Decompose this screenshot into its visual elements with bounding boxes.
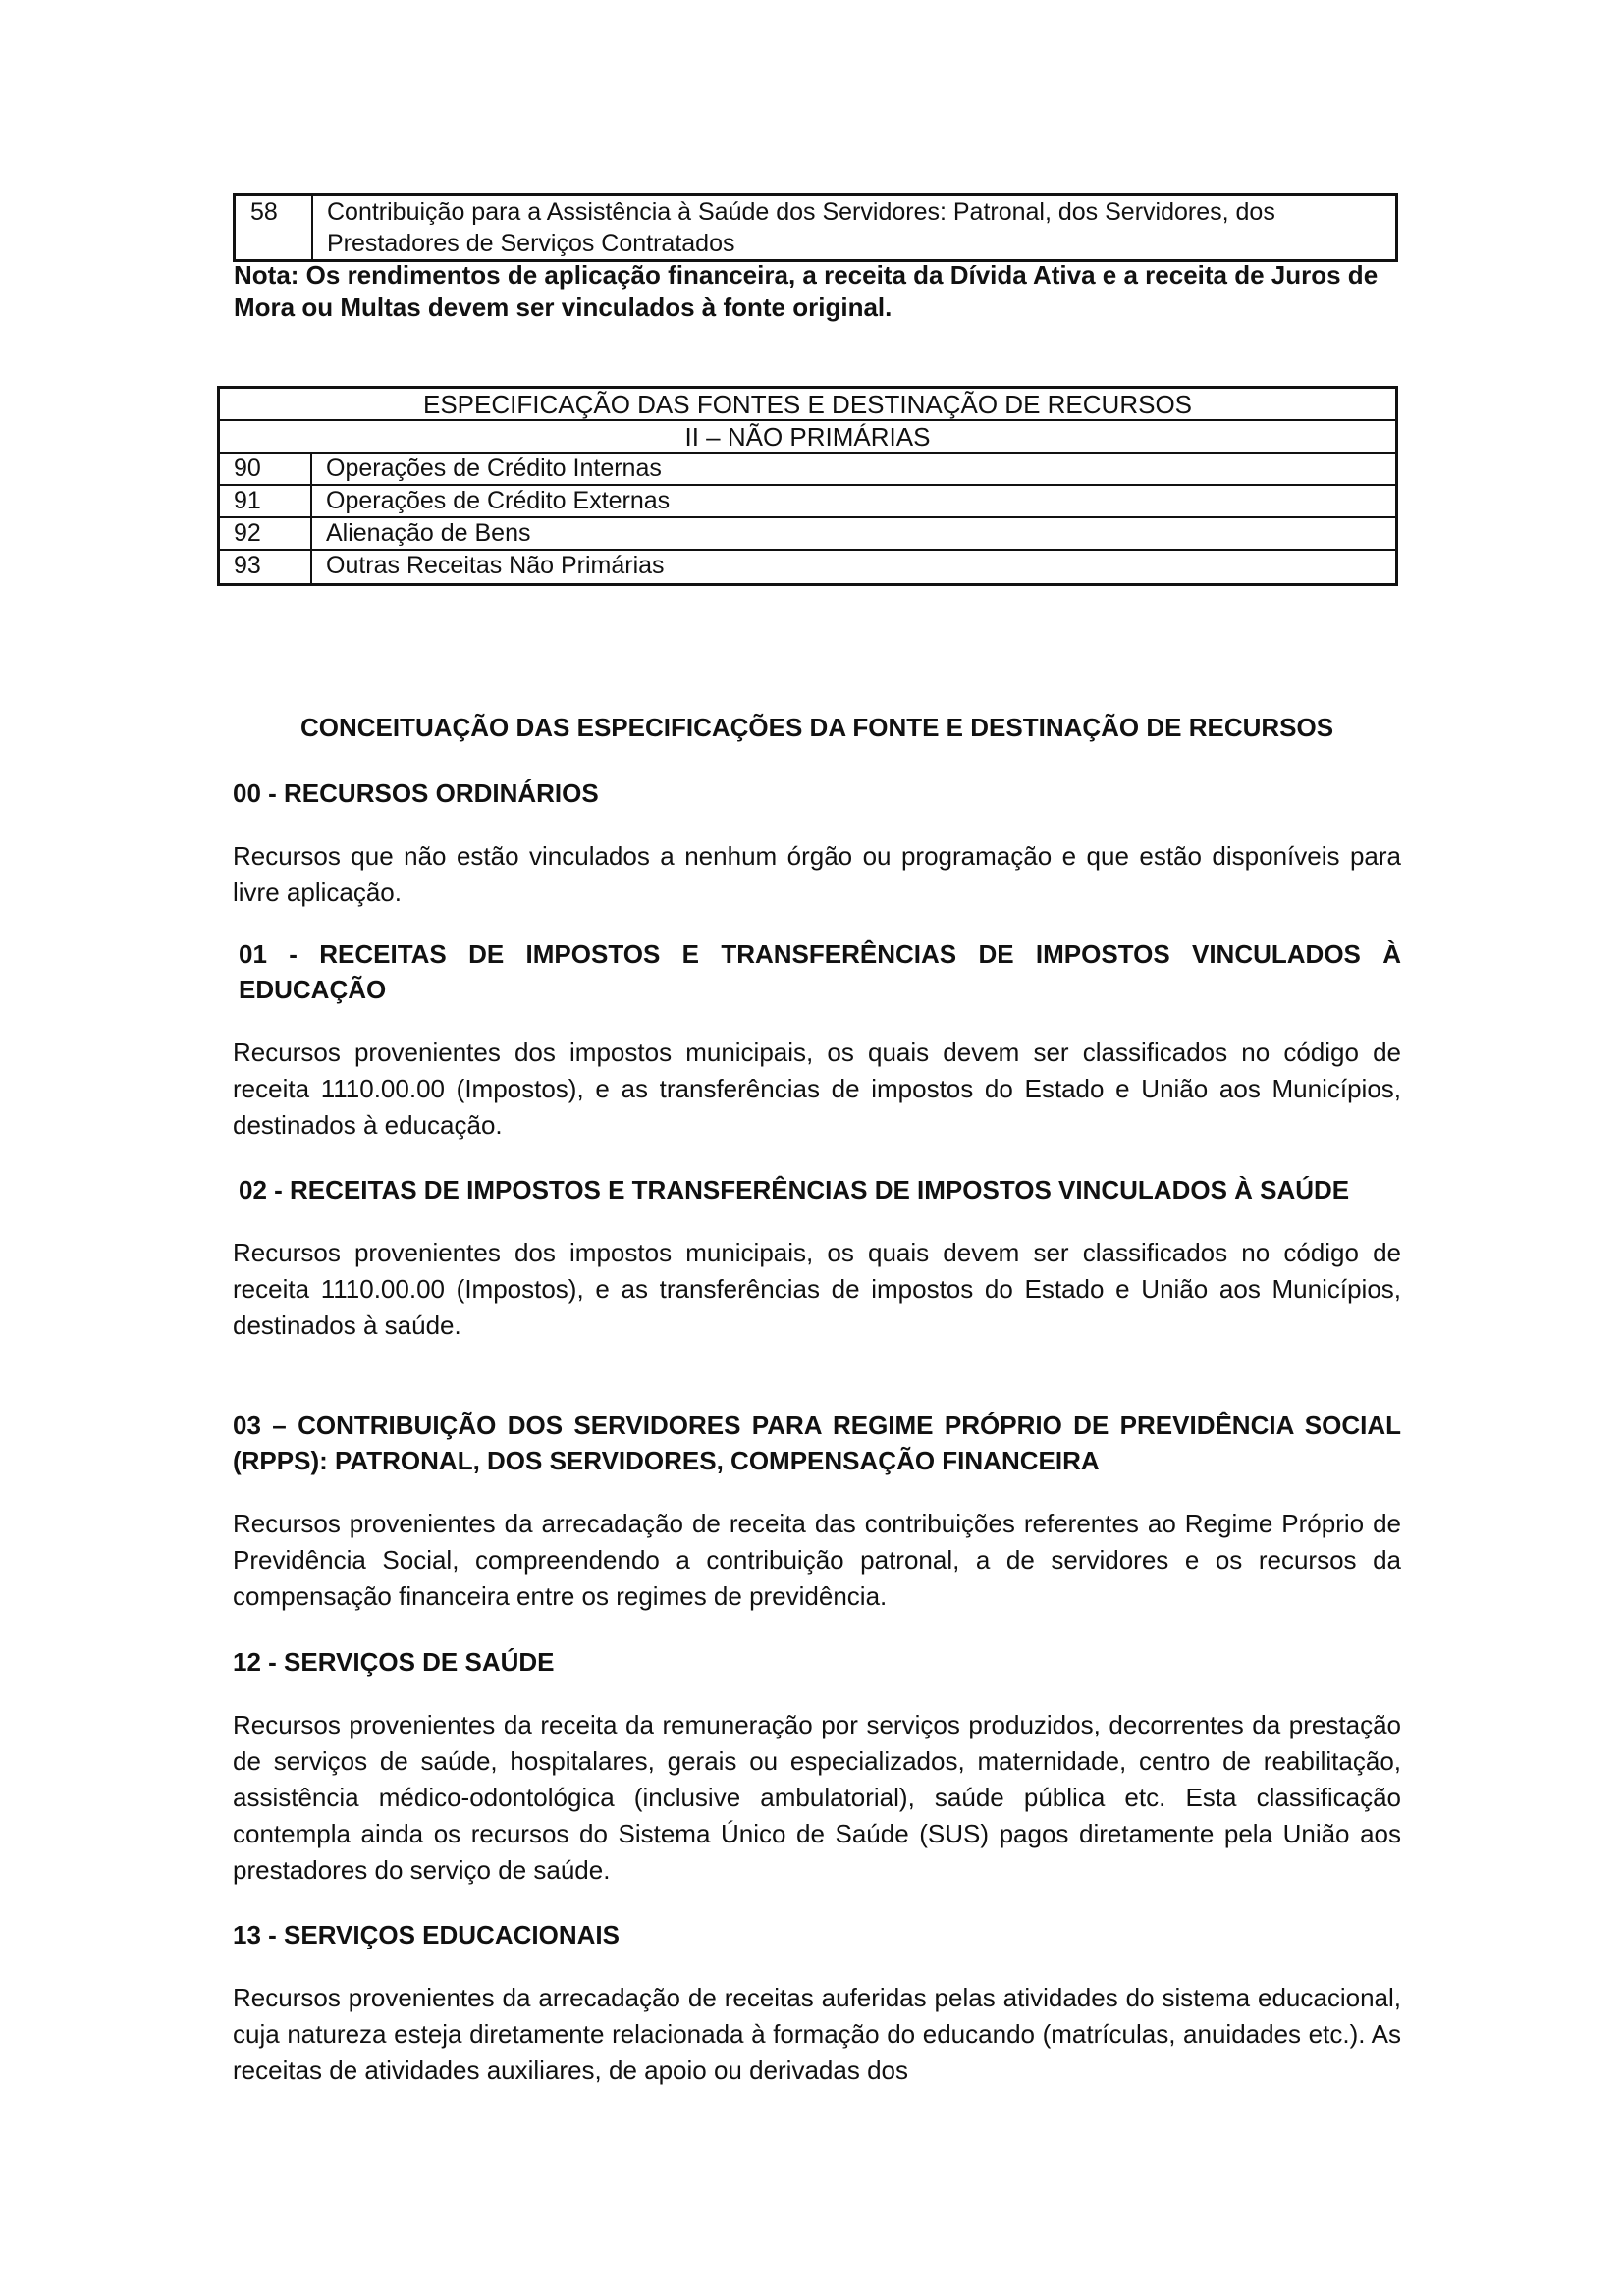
concept-section-01: 01 - RECEITAS DE IMPOSTOS E TRANSFERÊNCI… xyxy=(233,936,1401,1144)
table-cell-code: 58 xyxy=(236,196,313,259)
concept-heading: 02 - RECEITAS DE IMPOSTOS E TRANSFERÊNCI… xyxy=(233,1172,1401,1207)
table-row: 93 Outras Receitas Não Primárias xyxy=(220,551,1395,583)
concept-section-13: 13 - SERVIÇOS EDUCACIONAIS Recursos prov… xyxy=(233,1917,1401,2089)
table-cell-description: Operações de Crédito Externas xyxy=(312,486,1395,516)
concept-body: Recursos provenientes dos impostos munic… xyxy=(233,1035,1401,1144)
table-title: ESPECIFICAÇÃO DAS FONTES E DESTINAÇÃO DE… xyxy=(220,389,1395,421)
concept-body: Recursos provenientes da arrecadação de … xyxy=(233,1506,1401,1615)
table-row: 90 Operações de Crédito Internas xyxy=(220,454,1395,486)
table-cell-description: Outras Receitas Não Primárias xyxy=(312,551,1395,583)
table-row: 92 Alienação de Bens xyxy=(220,518,1395,551)
section-title: CONCEITUAÇÃO DAS ESPECIFICAÇÕES DA FONTE… xyxy=(233,711,1401,744)
table-nao-primarias: ESPECIFICAÇÃO DAS FONTES E DESTINAÇÃO DE… xyxy=(217,386,1398,586)
table-cell-description: Contribuição para a Assistência à Saúde … xyxy=(313,196,1395,259)
table-cell-code: 91 xyxy=(220,486,312,516)
table-cell-code: 93 xyxy=(220,551,312,583)
note-paragraph: Nota: Os rendimentos de aplicação financ… xyxy=(234,259,1402,324)
table-cell-code: 92 xyxy=(220,518,312,549)
concept-body: Recursos provenientes da receita da remu… xyxy=(233,1707,1401,1889)
concept-heading: 01 - RECEITAS DE IMPOSTOS E TRANSFERÊNCI… xyxy=(233,936,1401,1007)
concept-body: Recursos que não estão vinculados a nenh… xyxy=(233,838,1401,911)
table-cell-description: Alienação de Bens xyxy=(312,518,1395,549)
concept-section-12: 12 - SERVIÇOS DE SAÚDE Recursos provenie… xyxy=(233,1644,1401,1889)
concept-heading: 12 - SERVIÇOS DE SAÚDE xyxy=(233,1644,1401,1680)
table-cell-description: Operações de Crédito Internas xyxy=(312,454,1395,484)
document-page: 58 Contribuição para a Assistência à Saú… xyxy=(0,0,1623,2296)
concept-section-03: 03 – CONTRIBUIÇÃO DOS SERVIDORES PARA RE… xyxy=(233,1408,1401,1615)
concept-section-00: 00 - RECURSOS ORDINÁRIOS Recursos que nã… xyxy=(233,775,1401,911)
concept-body: Recursos provenientes da arrecadação de … xyxy=(233,1980,1401,2089)
concept-section-02: 02 - RECEITAS DE IMPOSTOS E TRANSFERÊNCI… xyxy=(233,1172,1401,1344)
concept-heading: 03 – CONTRIBUIÇÃO DOS SERVIDORES PARA RE… xyxy=(233,1408,1401,1478)
table-cell-code: 90 xyxy=(220,454,312,484)
concept-body: Recursos provenientes dos impostos munic… xyxy=(233,1235,1401,1344)
table-source-58: 58 Contribuição para a Assistência à Saú… xyxy=(233,193,1398,262)
table-row: 91 Operações de Crédito Externas xyxy=(220,486,1395,518)
table-subtitle: II – NÃO PRIMÁRIAS xyxy=(220,421,1395,454)
concept-heading: 00 - RECURSOS ORDINÁRIOS xyxy=(233,775,1401,811)
concept-heading: 13 - SERVIÇOS EDUCACIONAIS xyxy=(233,1917,1401,1952)
